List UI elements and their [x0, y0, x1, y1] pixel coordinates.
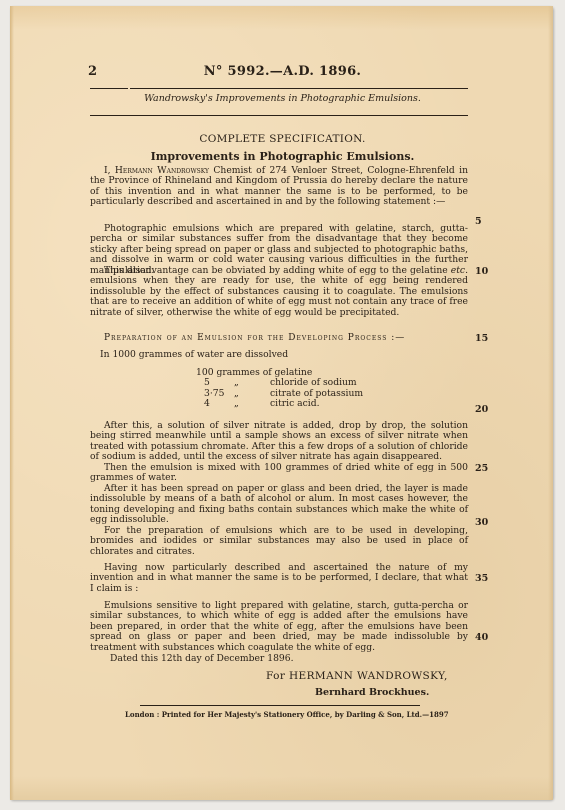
- paragraph: This disadvantage can be obviated by add…: [90, 266, 468, 318]
- recipe-item: citric acid.: [270, 399, 320, 409]
- claim-paragraph: Emulsions sensitive to light prepared wi…: [90, 601, 468, 653]
- ditto-mark: „: [234, 389, 270, 399]
- imprint-rule: [140, 705, 420, 706]
- header-rule-left: [90, 88, 128, 89]
- paragraph: In 1000 grammes of water are dissolved: [100, 350, 478, 360]
- signature-agent: Bernhard Brockhues.: [315, 687, 429, 698]
- invention-title: Improvements in Photographic Emulsions.: [0, 150, 565, 163]
- document-number: N° 5992.—A.D. 1896.: [0, 64, 565, 79]
- etc-italic: etc.: [451, 265, 468, 276]
- line-number: 10: [475, 266, 488, 277]
- section-heading: Preparation of an Emulsion for the Devel…: [104, 333, 405, 343]
- line-number: 40: [475, 632, 488, 643]
- recipe-list: 100 grammes of gelatine 5„chloride of so…: [196, 368, 363, 409]
- paragraph: After this, a solution of silver nitrate…: [90, 421, 468, 463]
- line-number: 25: [475, 463, 488, 474]
- signature-for-line: For HERMANN WANDROWSKY,: [266, 670, 448, 682]
- line-number: 5: [475, 216, 482, 227]
- line-number: 35: [475, 573, 488, 584]
- running-title: Wandrowsky's Improvements in Photographi…: [0, 93, 565, 104]
- paragraph: Then the emulsion is mixed with 100 gram…: [90, 463, 468, 484]
- recipe-amount: 4: [196, 399, 234, 409]
- paragraph: For the preparation of emulsions which a…: [90, 526, 468, 557]
- recipe-amount: 3·75: [196, 389, 234, 399]
- header-rule: [130, 88, 468, 89]
- paragraph-text: emulsions when they are ready for use, t…: [90, 275, 468, 317]
- recipe-row: 4„citric acid.: [196, 399, 363, 409]
- printer-imprint: London : Printed for Her Majesty's Stati…: [125, 710, 449, 719]
- paragraph: After it has been spread on paper or gla…: [90, 484, 468, 526]
- claim-intro-paragraph: Having now particularly described and as…: [90, 563, 468, 594]
- date-line: Dated this 12th day of December 1896.: [110, 654, 410, 664]
- line-number: 30: [475, 517, 488, 528]
- ditto-mark: „: [234, 399, 270, 409]
- line-number: 20: [475, 404, 488, 415]
- intro-paragraph: I, Hermann Wandrowsky Chemist of 274 Ven…: [90, 166, 468, 208]
- specification-title: COMPLETE SPECIFICATION.: [0, 133, 565, 145]
- paragraph-text: This disadvantage can be obviated by add…: [104, 265, 451, 276]
- inventor-name: Hermann Wandrowsky: [115, 165, 209, 176]
- running-title-rule: [90, 115, 468, 116]
- line-number: 15: [475, 333, 488, 344]
- ditto-mark: „: [234, 378, 270, 388]
- intro-prefix: I,: [104, 165, 115, 176]
